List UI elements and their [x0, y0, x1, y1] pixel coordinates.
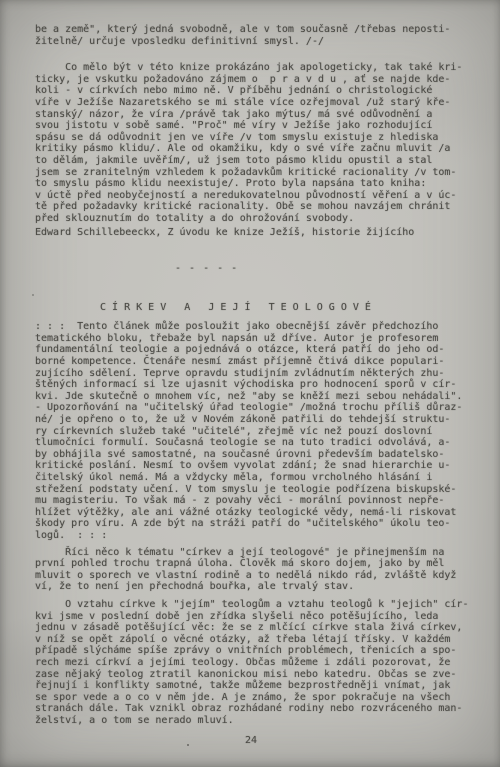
text-line: mu magisteriu. To však má - z povahy věc… [35, 495, 484, 507]
text-line: koli - v církvích nebo mimo ně. V příběh… [35, 85, 484, 97]
text-line: - Upozorňování na "učitelský úřad teolog… [35, 402, 484, 414]
attribution-line: Edward Schillebeeckx, Z úvodu ke knize J… [35, 227, 484, 239]
text-line: řejnují i konflikty samotné, takže můžem… [35, 680, 484, 692]
text-line: v níž se opět zápolí o věcné otázky, až … [35, 634, 484, 646]
article-paragraphs: : : : Tento článek může posloužit jako o… [35, 321, 484, 726]
text-line: ry církevních služeb také "učitelé", zře… [35, 426, 484, 438]
text-line: tě před požadavky kritické racionality. … [35, 201, 484, 213]
text-line: v úctě před neobyčejností a neredukovate… [35, 190, 484, 202]
text-line: tlumočníci formulí. Současná teologie se… [35, 437, 484, 449]
text-line: štěných informací si lze ujasnit východi… [35, 379, 484, 391]
text-line: střežení podstaty učení. V tom smyslu je… [35, 484, 484, 496]
article-heading: C Í R K E V A J E J Í T E O L O G O V É [35, 302, 484, 314]
article-paragraph-2: Říci něco k tématu "církev a její teolog… [35, 547, 484, 593]
text-line: zase nějaký teolog ztratil kanonickou mi… [35, 669, 484, 681]
text-line: kritiky pásmo klidu/. Ale od okamžiku, k… [35, 143, 484, 155]
scan-speck [32, 294, 34, 296]
text-line: stanský/ názor, že víra /právě tak jako … [35, 109, 484, 121]
text-line: jednu v zásadě potěšující věc: že se z m… [35, 622, 484, 634]
epigraph-paragraph: Co mělo být v této knize prokázáno jak a… [35, 62, 484, 224]
text-line: by obhájila své samostatné, na současné … [35, 449, 484, 461]
article-section: C Í R K E V A J E J Í T E O L O G O V É … [35, 302, 484, 727]
article-paragraph-3: O vztahu církve k "jejím" teologům a vzt… [35, 599, 484, 727]
text-line: svou jistotu v sobě samé. "Proč" mé víry… [35, 120, 484, 132]
text-line: to smyslu pásmo klidu neexistuje/. Proto… [35, 178, 484, 190]
text-line: želství, a o tom se nerado mluví. [35, 715, 484, 727]
text-line: kvi jsme v poslední době jen zřídka slyš… [35, 611, 484, 623]
text-line: kvi. Jde skutečně o mnohem víc, než "aby… [35, 391, 484, 403]
text-line: žitelně/ určuje vposledku definitivní sm… [35, 36, 484, 48]
text-line: mluvit o sporech ve vlastní rodině a to … [35, 570, 484, 582]
section-separator: - - - - - [35, 263, 484, 275]
scanned-page: be a země", který jedná svobodně, ale v … [0, 0, 500, 767]
text-line: né/ je opřeno o to, že už v Novém zákoně… [35, 414, 484, 426]
text-line: be a země", který jedná svobodně, ale v … [35, 24, 484, 36]
text-line: stranách dále. Tak vznikl obraz rozhádan… [35, 703, 484, 715]
text-line: Co mělo být v této knize prokázáno jak a… [35, 62, 484, 74]
text-line: ticky, je vskutku požadováno zájmem o p … [35, 74, 484, 86]
text-line: zujícího sdělení. Teprve opravdu studijn… [35, 368, 484, 380]
epigraph-paragraphs: be a země", který jedná svobodně, ale v … [35, 24, 484, 225]
continuation-paragraph: be a země", který jedná svobodně, ale v … [35, 24, 484, 47]
text-line: Říci něco k tématu "církev a její teolog… [35, 547, 484, 559]
text-line: víře v Ježíše Nazaretského se mi stále v… [35, 97, 484, 109]
text-line: kritické poslání. Nesmí to ovšem vyvolat… [35, 460, 484, 472]
text-line: ví, že to není jen přechodná bouřka, ale… [35, 581, 484, 593]
text-line: případě slýcháme spíše zprávy o vnitřníc… [35, 645, 484, 657]
article-paragraph-1: : : : Tento článek může posloužit jako o… [35, 321, 484, 541]
text-line: před sklouznutím do totality a do ohrožo… [35, 213, 484, 225]
epigraph-section: be a země", který jedná svobodně, ale v … [35, 24, 484, 238]
text-line: tematického bloku, třebaže byl napsán už… [35, 333, 484, 345]
text-line: jsem se zranitelným vzhledem k požadavků… [35, 167, 484, 179]
text-line: první pohled trochu trapná úloha. Člověk… [35, 558, 484, 570]
text-line: rech mezi církví a jejími teology. Občas… [35, 657, 484, 669]
page-number: 24 [35, 735, 484, 747]
text-line: spásu se dá odůvodnit jen ve víře /v tom… [35, 132, 484, 144]
scan-speck [187, 744, 189, 746]
text-line: fundamentální teologie a pojednává o otá… [35, 344, 484, 356]
text-line: se spor vede a o co v něm jde. A je znám… [35, 692, 484, 704]
text-line: čitelský úkol nemá. Má a vždycky měla, f… [35, 472, 484, 484]
text-line: hlížet výtěžky, ale ani vážné otázky teo… [35, 507, 484, 519]
text-line: logů. : : : [35, 530, 484, 542]
text-line: to dělám, jakmile uvěřím/, už jsem toto … [35, 155, 484, 167]
text-line: škody pro víru. A zde být na stráži patř… [35, 518, 484, 530]
text-line: O vztahu církve k "jejím" teologům a vzt… [35, 599, 484, 611]
text-line: borné kompetence. Čtenáře nesmí zmást př… [35, 356, 484, 368]
text-line: : : : Tento článek může posloužit jako o… [35, 321, 484, 333]
